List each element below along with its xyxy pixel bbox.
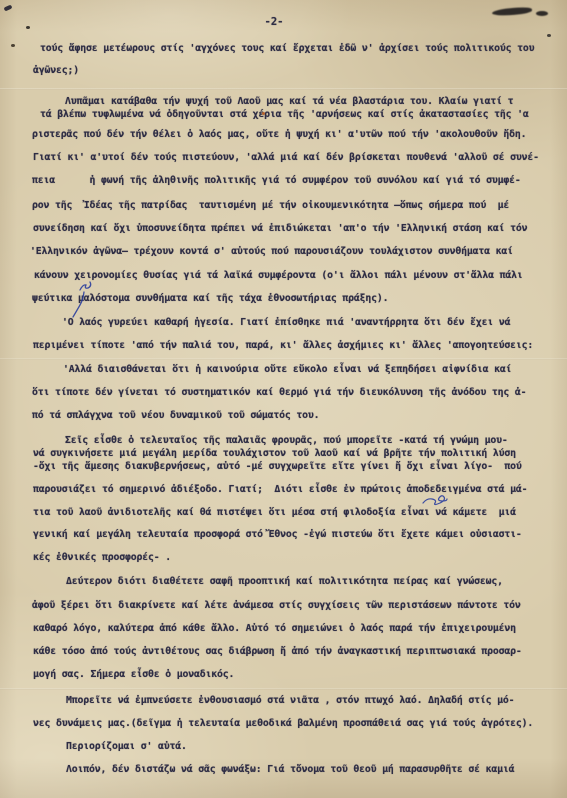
paper-crease xyxy=(0,88,567,90)
typed-line: τούς ἄφησε μετέωρους στίς 'αγχόνες τους … xyxy=(40,43,534,54)
typed-line: πεια ἡ φωνή τῆς ἀληθινῆς πολιτικῆς γιά τ… xyxy=(32,175,521,186)
typed-line: κές ἐθνικές προσφορές- . xyxy=(33,552,171,563)
typed-line: ρον τῆς Ἰδέας τῆς πατρίδας ταυτισμένη μέ… xyxy=(32,200,509,211)
typed-line: ριστερᾶς πού δέν τήν θέλει ὁ λαός μας, ο… xyxy=(32,129,526,140)
ink-speck xyxy=(11,44,15,47)
typed-line: νες δυνάμεις μας.(δεῖγμα ἡ τελευταία μεθ… xyxy=(33,718,533,729)
ink-speck xyxy=(26,26,30,29)
typed-line: Σεῖς εἶσθε ὁ τελευταῖος τῆς παλαιᾶς φρου… xyxy=(65,435,508,446)
typed-line: συνείδηση καί ὄχι ὑποσυνείδητα πρέπει νά… xyxy=(33,223,527,234)
typed-line: 'Αλλά διαισθάνεται ὅτι ἡ καινούρια οὔτε … xyxy=(63,364,511,375)
scanned-letter-page: -2- τούς ἄφησε μετέωρους στίς 'αγχόνες τ… xyxy=(0,0,567,798)
typed-line: Γιατί κι' α'υτοί δέν τούς πιστεύουν, 'αλ… xyxy=(33,152,539,163)
typed-line: τια τοῦ λαοῦ ἀνιδιοτελῆς καί θά πιστέψει… xyxy=(33,507,516,518)
typed-line: γενική καί μεγάλη τελευταία προσφορά στό… xyxy=(33,529,522,540)
typed-line: ψεύτικα μαλόστομα συνθήματα καί τῆς τάχα… xyxy=(32,293,388,304)
typed-line: νά συγκινήσετε μιά μεγάλη μερίδα τουλάχι… xyxy=(33,448,516,459)
page-number: -2- xyxy=(256,16,292,28)
typed-line: μογή σας. Σήμερα εἶσθε ὁ μοναδικός. xyxy=(33,669,234,680)
typed-line: περιμένει τίποτε 'από τήν παλιά του, παρ… xyxy=(33,340,533,351)
typed-line: τά βλέπω τυφλωμένα νά ὁδηγοῦνται στά χέρ… xyxy=(40,109,529,120)
paper-crease xyxy=(0,688,567,690)
typed-line: Περιορίζομαι σ' αὐτά. xyxy=(66,741,187,752)
top-right-ink-smudge xyxy=(492,7,532,17)
typed-line: Δεύτερον διότι διαθέτετε σαφῆ προοπτική … xyxy=(66,576,503,587)
typed-line: ἀφοῦ ξέρει ὅτι διακρίνετε καί λέτε ἀνάμε… xyxy=(32,600,521,611)
top-right-ink-smudge xyxy=(536,11,548,16)
typed-line: 'Ελληνικόν ἀγῶνα— τρέχουν κοντά σ' αὐτού… xyxy=(30,246,513,257)
typed-line: Μπορεῖτε νά ἐμπνεύσετε ἐνθουσιασμό στά ν… xyxy=(66,695,514,706)
typed-line: καθαρό λόγο, καλύτερα ἀπό κάθε ἄλλο. Αὐτ… xyxy=(33,623,516,634)
typed-line: πό τά σπλάγχνα τοῦ νέου δυναμικοῦ τοῦ σώ… xyxy=(32,410,319,421)
typed-line: -ὄχι τῆς ἄμεσης διακυβερνήσεως, αὐτό -μέ… xyxy=(33,461,522,472)
paper-crease xyxy=(0,358,567,360)
typed-line: ἀγῶνες;) xyxy=(33,65,79,76)
typed-line: Λυπᾶμαι κατάβαθα τήν ψυχή τοῦ Λαοῦ μας κ… xyxy=(65,96,513,107)
typed-line: Λοιπόν, δέν διστάζω νά σᾶς φωνάξω: Γιά τ… xyxy=(66,764,514,775)
typed-line: κάθε τόσο ἀπό τούς ἀντιθέτους σας διάβρω… xyxy=(33,646,522,657)
typed-line: κάνουν χειρονομίες θυσίας γιά τά λαϊκά σ… xyxy=(34,270,523,281)
ink-speck xyxy=(547,34,551,37)
pen-scribble-mark xyxy=(423,496,447,505)
typed-line: παρουσιάζει τό σημερινό ἀδιέξοδο. Γιατί;… xyxy=(33,484,527,495)
typed-line: 'Ο λαός γυρεύει καθαρή ἡγεσία. Γιατί ἐπί… xyxy=(62,317,510,328)
typed-line: ὅτι τίποτε δέν γίνεται τό συστηματικόν κ… xyxy=(32,387,526,398)
ink-speck xyxy=(4,4,13,11)
